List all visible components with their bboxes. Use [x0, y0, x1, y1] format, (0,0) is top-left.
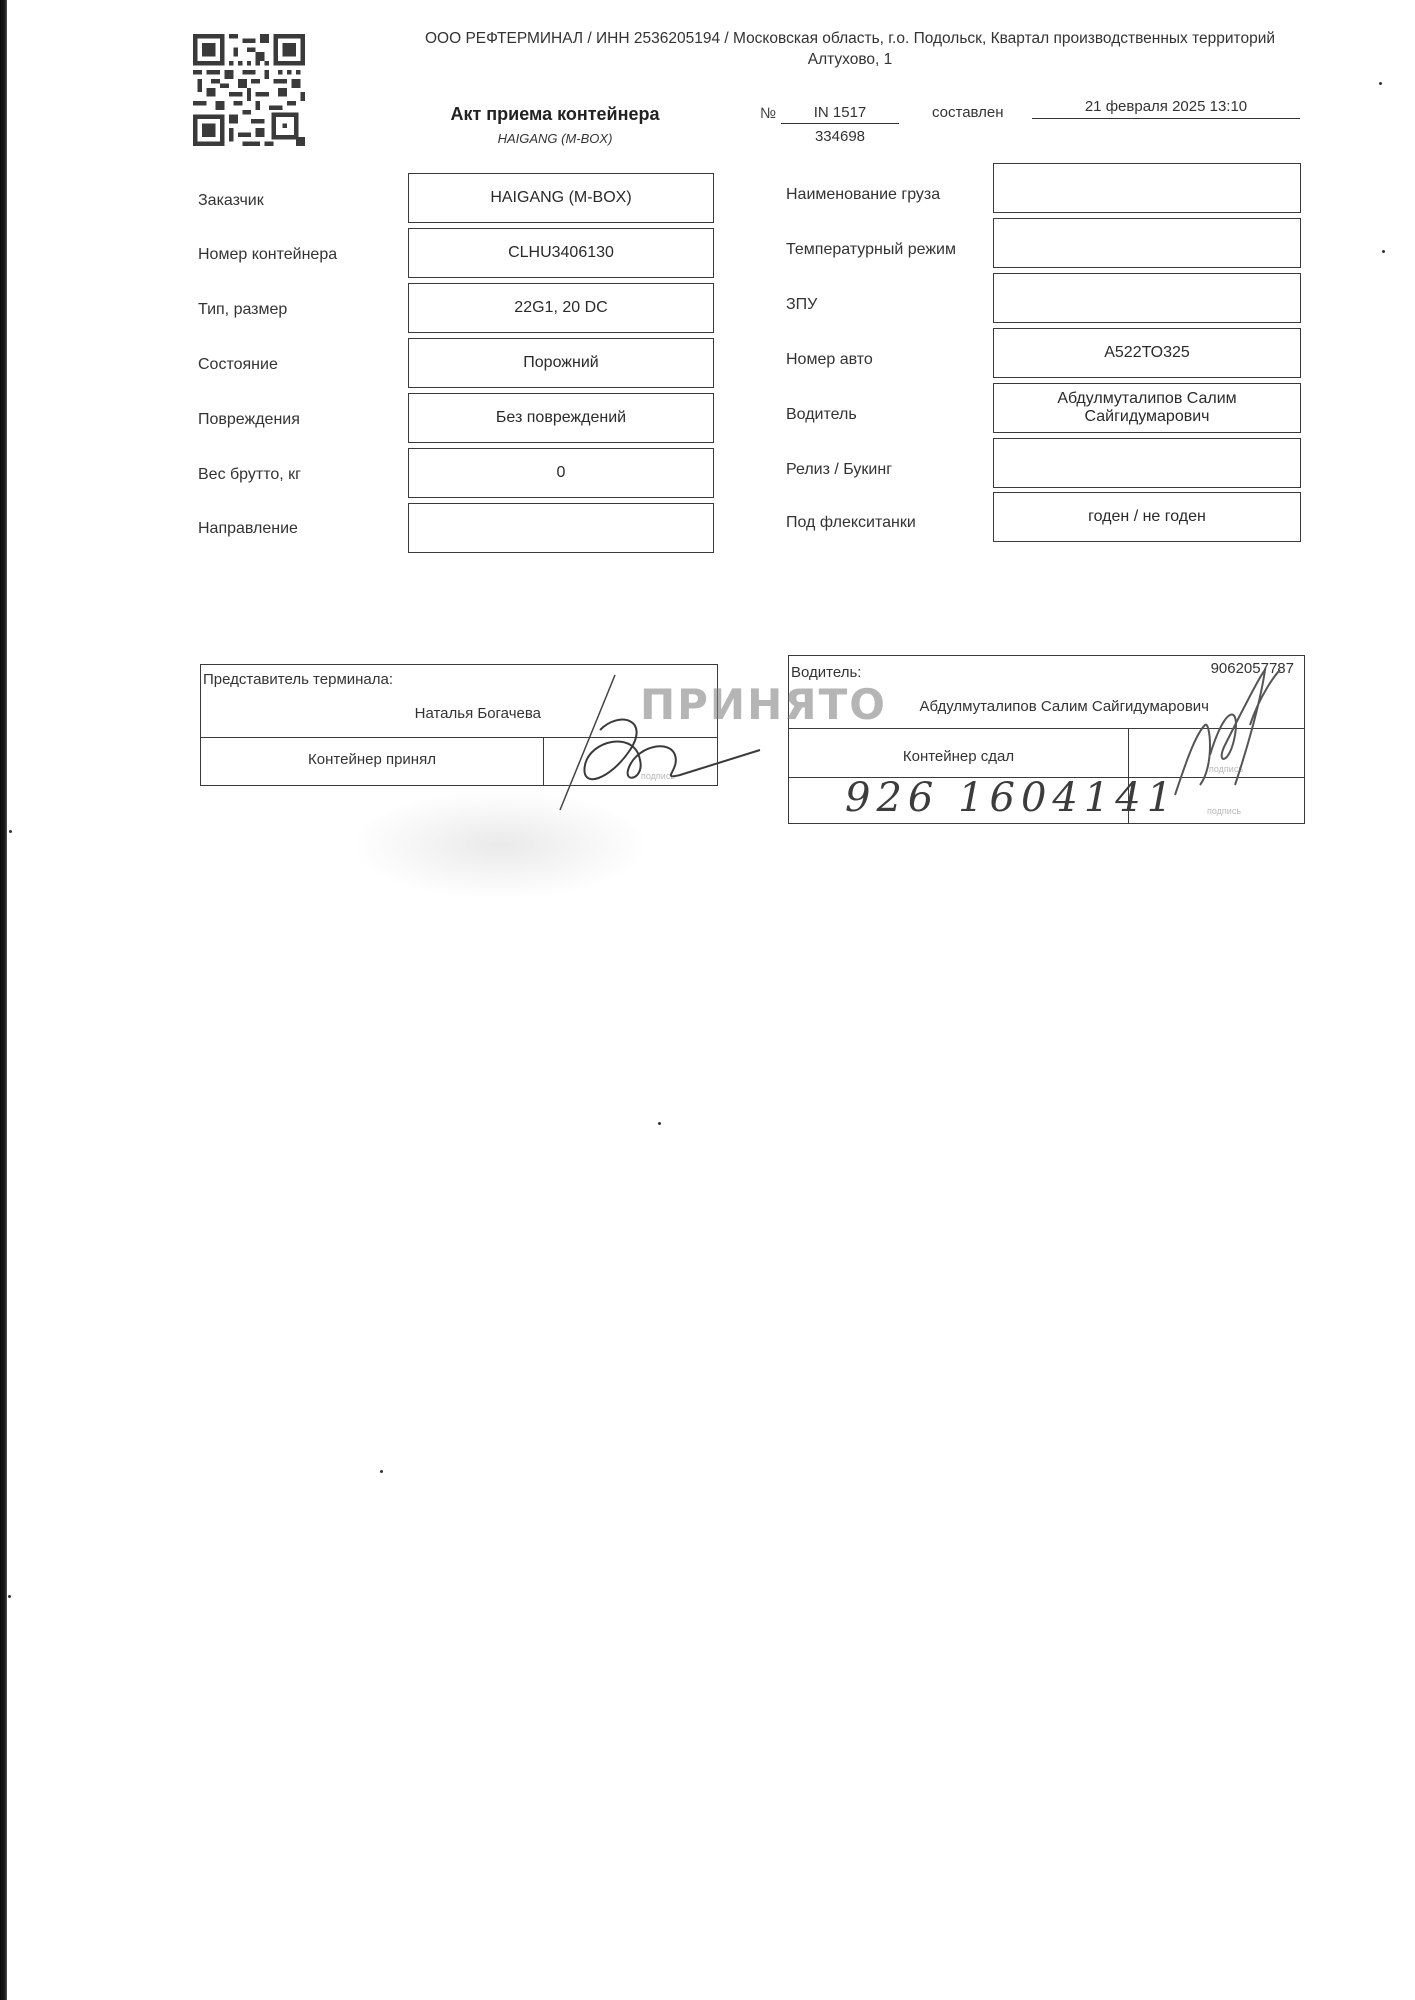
scan-smudge [350, 790, 650, 900]
field-cargo-name [993, 163, 1301, 213]
field-label-release-booking: Релиз / Букинг [786, 461, 892, 479]
signature-caption-2: подпись [1207, 806, 1241, 816]
field-label-vehicle-number: Номер авто [786, 351, 873, 369]
number-label: № [760, 105, 776, 122]
document-subtitle: HAIGANG (M-BOX) [420, 131, 690, 146]
terminal-heading: Представитель терминала: [203, 671, 393, 688]
field-label-flexitank: Под флекситанки [786, 514, 916, 532]
field-label-direction: Направление [198, 520, 298, 538]
field-label-type-size: Тип, размер [198, 301, 287, 319]
field-temperature [993, 218, 1301, 268]
document-title: Акт приема контейнера [420, 104, 690, 125]
field-condition: Порожний [408, 338, 714, 388]
handwritten-phone-number: 926 1604141 [845, 775, 1178, 821]
scan-speck [9, 830, 12, 833]
field-gross-weight: 0 [408, 448, 714, 498]
driver-phone: 9062057787 [1211, 660, 1294, 677]
field-label-container-number: Номер контейнера [198, 246, 337, 264]
signature-caption: подпись [641, 771, 675, 781]
document-number: IN 1517 [781, 104, 899, 124]
field-flexitank: годен / не годен [993, 492, 1301, 542]
terminal-representative-name: Наталья Богачева [201, 705, 541, 722]
scan-speck [380, 1470, 383, 1473]
container-handed-over-label: Контейнер сдал [789, 748, 1128, 765]
accepted-stamp: ПРИНЯТО [640, 680, 887, 729]
scan-speck [658, 1122, 661, 1125]
field-label-condition: Состояние [198, 356, 278, 374]
field-label-gross-weight: Вес брутто, кг [198, 466, 301, 484]
scan-speck [1382, 250, 1385, 253]
field-vehicle-number: А522ТО325 [993, 328, 1301, 378]
driver-heading: Водитель: [791, 664, 861, 681]
field-driver: Абдулмуталипов Салим Сайгидумарович [993, 383, 1301, 433]
field-type-size: 22G1, 20 DC [408, 283, 714, 333]
field-label-seal: ЗПУ [786, 296, 817, 314]
scan-speck [1379, 82, 1382, 85]
container-accepted-label: Контейнер принял [201, 751, 543, 768]
company-header-line2: Алтухово, 1 [400, 51, 1300, 69]
field-label-cargo-name: Наименование груза [786, 186, 940, 204]
field-container-number: CLHU3406130 [408, 228, 714, 278]
made-label: составлен [932, 104, 1004, 121]
scan-edge-strip [0, 0, 7, 2000]
field-customer: HAIGANG (M-BOX) [408, 173, 714, 223]
qr-code-icon [193, 34, 305, 146]
document-number-sub: 334698 [781, 128, 899, 145]
company-header-line1: ООО РЕФТЕРМИНАЛ / ИНН 2536205194 / Моско… [400, 30, 1300, 48]
scan-speck [8, 1595, 11, 1598]
field-damages: Без повреждений [408, 393, 714, 443]
field-label-driver: Водитель [786, 406, 857, 424]
field-seal [993, 273, 1301, 323]
field-label-customer: Заказчик [198, 192, 264, 210]
field-label-damages: Повреждения [198, 411, 300, 429]
field-label-temperature: Температурный режим [786, 241, 956, 259]
field-release-booking [993, 438, 1301, 488]
field-direction [408, 503, 714, 553]
signature-caption: подпись [1209, 764, 1243, 774]
made-date: 21 февраля 2025 13:10 [1032, 98, 1300, 119]
